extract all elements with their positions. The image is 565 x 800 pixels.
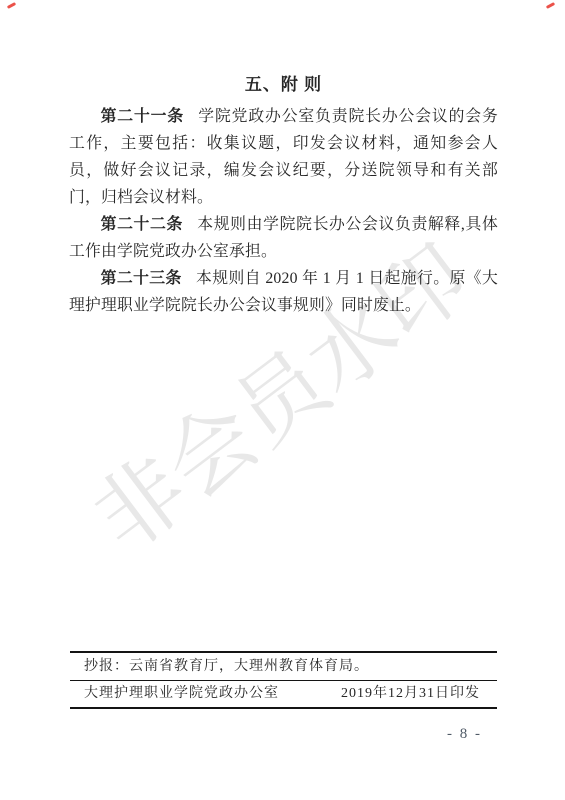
copy-line-text: 抄报：云南省教育厅，大理州教育体育局。 [84,659,369,674]
red-corner-mark-right [546,2,555,9]
article-21-paragraph: 第二十一条学院党政办公室负责院长办公会议的会务工作，主要包括：收集议题，印发会议… [69,103,498,211]
document-page: 非会员水印 五、附 则 第二十一条学院党政办公室负责院长办公会议的会务工作，主要… [0,0,565,800]
article-23-heading: 第二十三条 [101,270,182,287]
colophon-copy-row: 抄报：云南省教育厅，大理州教育体育局。 [70,653,497,681]
article-21-heading: 第二十一条 [101,108,184,125]
print-date-text: 2019年12月31日印发 [341,681,480,707]
section-title: 五、附 则 [69,70,498,95]
page-number: - 8 - [447,726,482,743]
colophon-block: 抄报：云南省教育厅，大理州教育体育局。 大理护理职业学院党政办公室 2019年1… [70,651,497,709]
article-22-heading: 第二十二条 [101,216,183,233]
colophon-issue-row: 大理护理职业学院党政办公室 2019年12月31日印发 [70,681,497,709]
article-23-paragraph: 第二十三条本规则自 2020 年 1 月 1 日起施行。原《大理护理职业学院院长… [69,265,498,319]
issuer-text: 大理护理职业学院党政办公室 [84,681,279,707]
article-22-paragraph: 第二十二条本规则由学院院长办公会议负责解释,具体工作由学院党政办公室承担。 [69,211,498,265]
document-body: 五、附 则 第二十一条学院党政办公室负责院长办公会议的会务工作，主要包括：收集议… [69,70,498,319]
red-corner-mark-left [7,2,16,9]
